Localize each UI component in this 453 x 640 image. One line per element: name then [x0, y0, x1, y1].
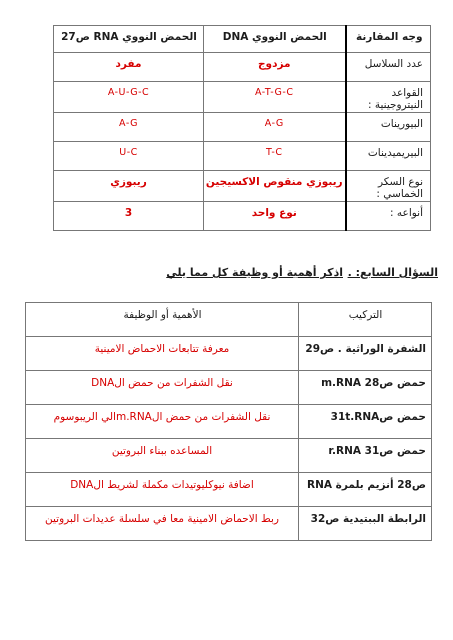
row-label-purines: البيورينات: [346, 113, 431, 142]
question-instruction: اذكر أهمية أو وظيفة كل مما يلي: [166, 266, 343, 279]
table-row: البيورينات A-G A-G: [54, 113, 431, 142]
structure-trna: حمض ص31t.RNA: [299, 405, 432, 439]
rna-value: A-G: [54, 113, 204, 142]
row-label-pyrimidines: البيريميدينات: [346, 142, 431, 171]
rna-value: A-U-G-C: [54, 82, 204, 113]
table-row: حمض ص28 m.RNA نقل الشفرات من حمض الDNA: [26, 371, 432, 405]
function-header-row: التركيب الأهمية أو الوظيفة: [26, 303, 432, 337]
dna-value: A-G: [204, 113, 346, 142]
structure-mrna: حمض ص28 m.RNA: [299, 371, 432, 405]
table-row: أنواعه : نوع واحد 3: [54, 202, 431, 231]
rna-value: U-C: [54, 142, 204, 171]
table-row: حمض ص31t.RNA نقل الشفرات من حمض الm.RNAا…: [26, 405, 432, 439]
importance-value: المساعده ببناء البروتين: [26, 439, 299, 473]
table-row: عدد السلاسل مزدوج مفرد: [54, 53, 431, 82]
importance-value: معرفة تتابعات الاحماض الامينية: [26, 337, 299, 371]
dna-value: مزدوج: [204, 53, 346, 82]
table-row: ص28 أنزيم بلمرة RNA اضافة نيوكليوتيدات م…: [26, 473, 432, 507]
comparison-header-dna: الحمض النووي DNA: [204, 26, 346, 53]
importance-value: ربط الاحماض الامينية معا في سلسلة عديدات…: [26, 507, 299, 541]
function-table: التركيب الأهمية أو الوظيفة الشفرة الوراث…: [25, 302, 432, 541]
table-row: الشفرة الوراثية . ص29 معرفة تتابعات الاح…: [26, 337, 432, 371]
table-row: الرابطة الببتيدية ص32 ربط الاحماض الامين…: [26, 507, 432, 541]
function-header-importance: الأهمية أو الوظيفة: [26, 303, 299, 337]
structure-genetic-code: الشفرة الوراثية . ص29: [299, 337, 432, 371]
table-row: القواعد النيتروجينية : A-T-G-C A-U-G-C: [54, 82, 431, 113]
row-label-pentose-sugar: نوع السكر الخماسي :: [346, 171, 431, 202]
importance-value: اضافة نيوكليوتيدات مكملة لشريط الDNA: [26, 473, 299, 507]
question-heading: السؤال السابع: .: [348, 266, 438, 279]
structure-rrna: حمض ص31 r.RNA: [299, 439, 432, 473]
importance-value: نقل الشفرات من حمض الm.RNAالي الريبوسوم: [26, 405, 299, 439]
worksheet-page: وجه المقارنة الحمض النووي DNA الحمض النو…: [0, 0, 453, 640]
dna-value: نوع واحد: [204, 202, 346, 231]
comparison-header-aspect: وجه المقارنة: [346, 26, 431, 53]
table-row: نوع السكر الخماسي : ريبوزي منقوص الاكسيج…: [54, 171, 431, 202]
rna-value: 3: [54, 202, 204, 231]
structure-rna-polymerase: ص28 أنزيم بلمرة RNA: [299, 473, 432, 507]
comparison-header-rna: الحمض النووي RNA ص27: [54, 26, 204, 53]
table-row: البيريميدينات T-C U-C: [54, 142, 431, 171]
row-label-strand-count: عدد السلاسل: [346, 53, 431, 82]
dna-value: A-T-G-C: [204, 82, 346, 113]
row-label-nitrogen-bases: القواعد النيتروجينية :: [346, 82, 431, 113]
row-label-types: أنواعه :: [346, 202, 431, 231]
comparison-header-row: وجه المقارنة الحمض النووي DNA الحمض النو…: [54, 26, 431, 53]
rna-value: ريبوزي: [54, 171, 204, 202]
dna-value: T-C: [204, 142, 346, 171]
comparison-table: وجه المقارنة الحمض النووي DNA الحمض النو…: [53, 25, 431, 231]
dna-value: ريبوزي منقوص الاكسيجين: [204, 171, 346, 202]
function-header-structure: التركيب: [299, 303, 432, 337]
importance-value: نقل الشفرات من حمض الDNA: [26, 371, 299, 405]
table-row: حمض ص31 r.RNA المساعده ببناء البروتين: [26, 439, 432, 473]
structure-peptide-bond: الرابطة الببتيدية ص32: [299, 507, 432, 541]
rna-value: مفرد: [54, 53, 204, 82]
